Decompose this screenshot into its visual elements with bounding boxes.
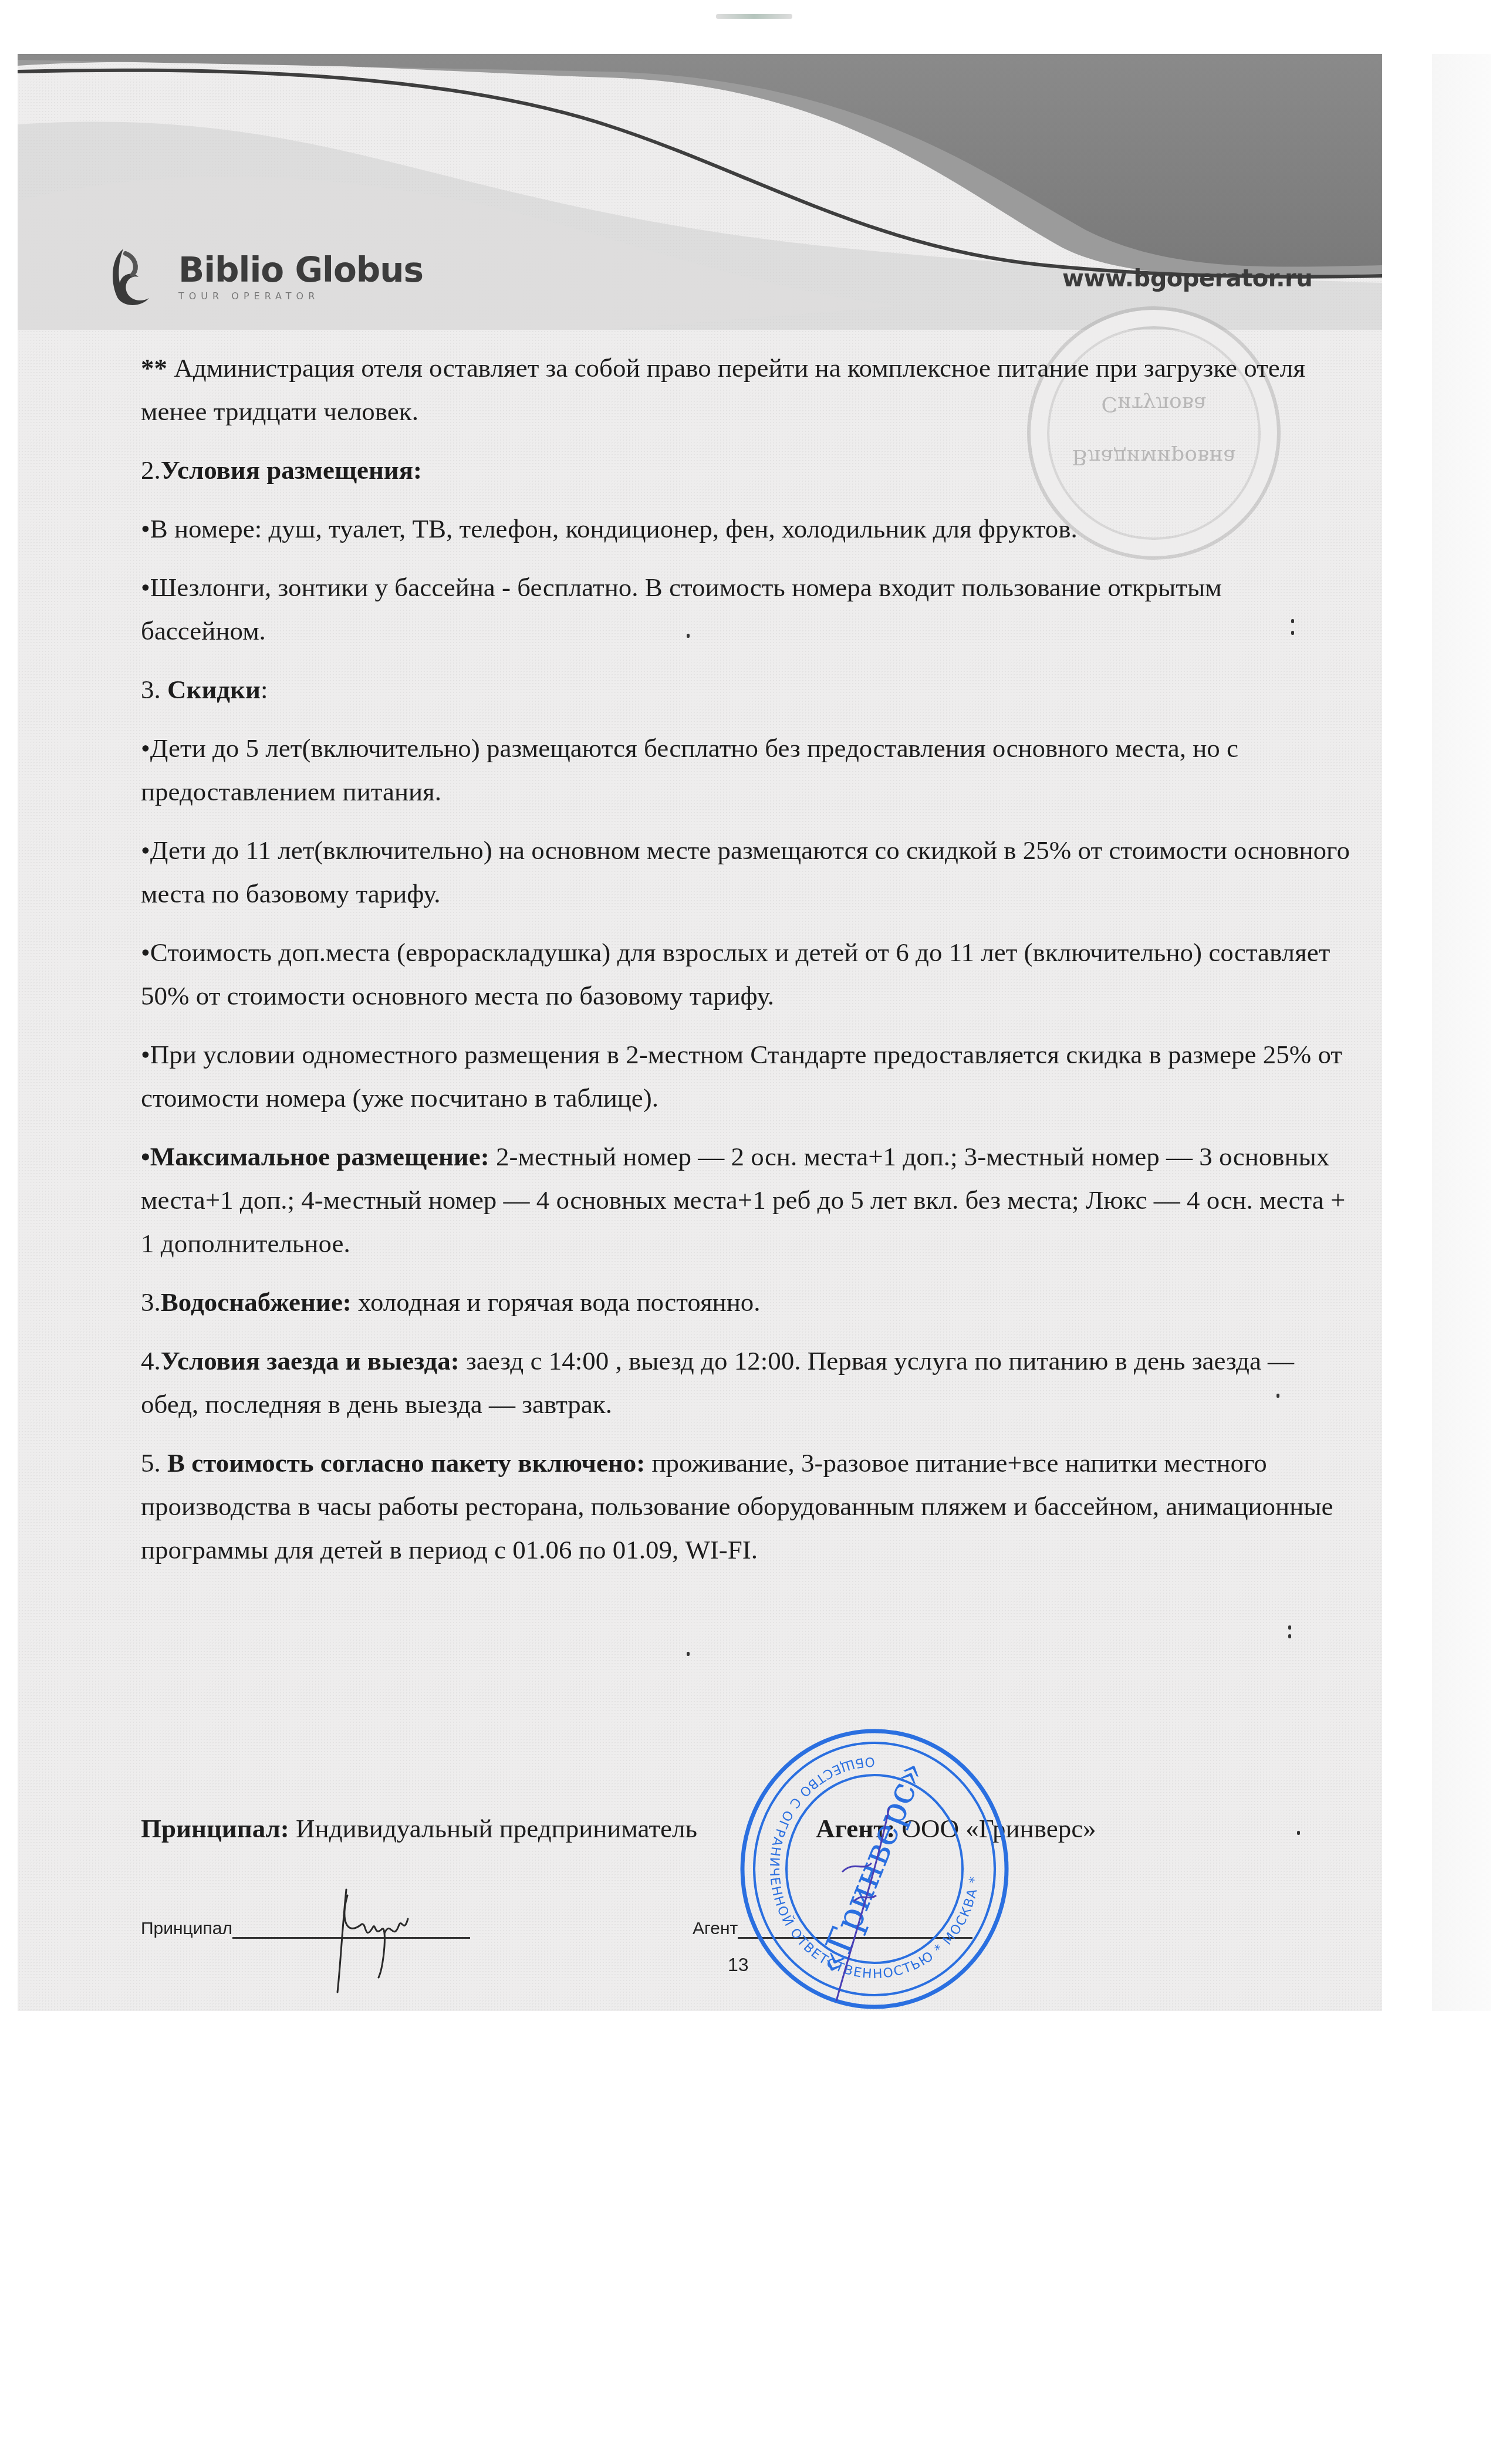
website-url: www.bgoperator.ru bbox=[1062, 265, 1312, 292]
section-checkin: 4.Условия заезда и выезда: заезд с 14:00… bbox=[141, 1339, 1350, 1426]
section-discounts-heading: 3. Скидки: bbox=[141, 668, 1350, 711]
max-placement-label: •Максимальное размещение: bbox=[141, 1142, 489, 1171]
section-heading: В стоимость согласно пакету включено: bbox=[167, 1448, 645, 1478]
section-water: 3.Водоснабжение: холодная и горячая вода… bbox=[141, 1280, 1350, 1324]
scan-speck bbox=[1288, 276, 1291, 280]
section-number: 5. bbox=[141, 1448, 167, 1478]
section-number: 2. bbox=[141, 455, 161, 485]
list-item: •Стоимость доп.места (еврораскладушка) д… bbox=[141, 931, 1350, 1018]
scan-speck bbox=[1277, 1394, 1279, 1398]
scan-artifact bbox=[716, 14, 792, 19]
principal-value: Индивидуальный предприниматель bbox=[289, 1814, 697, 1843]
agent-company-stamp: ОБЩЕСТВО С ОГРАНИЧЕННОЙ ОТВЕТСТВЕННОСТЬЮ… bbox=[737, 1725, 1012, 2013]
scan-speck bbox=[1288, 1625, 1291, 1630]
principal-party: Принципал: Индивидуальный предпринимател… bbox=[141, 1813, 697, 1844]
list-item: •При условии одноместного размещения в 2… bbox=[141, 1033, 1350, 1120]
scan-speck bbox=[1288, 1634, 1291, 1638]
list-item: •Дети до 5 лет(включительно) размещаются… bbox=[141, 726, 1350, 813]
principal-line-label: Принципал bbox=[141, 1919, 232, 1939]
agent-line-label: Агент bbox=[693, 1919, 738, 1939]
brand-logo: Biblio Globus TOUR OPERATOR bbox=[100, 242, 423, 312]
section-included: 5. В стоимость согласно пакету включено:… bbox=[141, 1441, 1350, 1571]
note-text: Администрация отеля оставляет за собой п… bbox=[141, 353, 1305, 426]
section-heading: Водоснабжение: bbox=[161, 1287, 352, 1317]
section-number: 4. bbox=[141, 1346, 161, 1375]
heading-colon: : bbox=[261, 675, 268, 704]
note-paragraph: ** Администрация отеля оставляет за собо… bbox=[141, 346, 1350, 433]
section-accommodation-heading: 2.Условия размещения: bbox=[141, 448, 1350, 492]
list-item: •Дети до 11 лет(включительно) на основно… bbox=[141, 829, 1350, 915]
list-item: •В номере: душ, туалет, ТВ, телефон, кон… bbox=[141, 507, 1350, 550]
document-body: ** Администрация отеля оставляет за собо… bbox=[141, 346, 1350, 1587]
page-number: 13 bbox=[728, 1954, 749, 1976]
scan-edge bbox=[1432, 54, 1491, 2011]
principal-label: Принципал: bbox=[141, 1814, 289, 1843]
section-heading: Скидки bbox=[167, 675, 261, 704]
section-heading: Условия размещения: bbox=[161, 455, 422, 485]
list-item: •Шезлонги, зонтики у бассейна - бесплатн… bbox=[141, 566, 1350, 653]
scan-speck bbox=[687, 1652, 690, 1656]
section-number: 3. bbox=[141, 675, 167, 704]
scan-speck bbox=[1297, 1831, 1300, 1835]
brand-subtitle: TOUR OPERATOR bbox=[178, 290, 423, 302]
section-number: 3. bbox=[141, 1287, 161, 1317]
section-text: холодная и горячая вода постоянно. bbox=[352, 1287, 761, 1317]
brand-name: Biblio Globus bbox=[178, 253, 423, 287]
biblio-globus-logo-icon bbox=[100, 242, 170, 312]
scan-speck bbox=[1291, 619, 1294, 623]
note-marker: ** bbox=[141, 353, 174, 383]
section-heading: Условия заезда и выезда: bbox=[161, 1346, 460, 1375]
principal-handwritten-signature bbox=[305, 1878, 446, 1995]
scan-speck bbox=[1291, 631, 1294, 635]
scan-speck bbox=[687, 634, 690, 638]
max-placement-item: •Максимальное размещение: 2-местный номе… bbox=[141, 1135, 1350, 1265]
